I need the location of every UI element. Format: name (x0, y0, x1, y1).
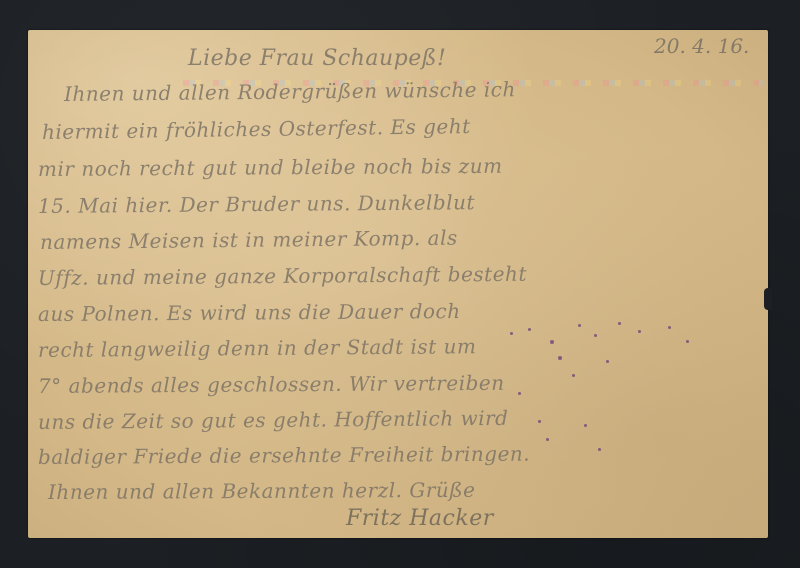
text-line-5: namens Meisen ist in meiner Komp. als (40, 226, 458, 254)
text-line-10: uns die Zeit so gut es geht. Hoffentlich… (38, 406, 509, 434)
text-line-8: recht langweilig denn in der Stadt ist u… (38, 334, 477, 362)
text-line-6: Uffz. und meine ganze Korporalschaft bes… (38, 262, 527, 290)
ink-stamp-residue (498, 320, 728, 460)
greeting: Liebe Frau Schaupeß! (188, 46, 446, 71)
text-line-11: baldiger Friede die ersehnte Freiheit br… (38, 442, 530, 469)
text-line-3: mir noch recht gut und bleibe noch bis z… (38, 154, 503, 181)
postcard-date: 20. 4. 16. (654, 34, 749, 58)
text-line-12: Ihnen und allen Bekannten herzl. Grüße (48, 478, 476, 504)
postcard: 20. 4. 16. Liebe Frau Schaupeß! Ihnen un… (28, 30, 768, 538)
torn-edge (764, 288, 772, 310)
text-line-1: Ihnen und allen Rodergrüßen wünsche ich (64, 77, 516, 106)
text-line-9: 7° abends alles geschlossen. Wir vertrei… (38, 371, 505, 398)
text-line-7: aus Polnen. Es wird uns die Dauer doch (38, 299, 461, 326)
signature: Fritz Hacker (346, 506, 494, 531)
text-line-2: hiermit ein fröhliches Osterfest. Es geh… (42, 114, 471, 144)
text-line-4: 15. Mai hier. Der Bruder uns. Dunkelblut (38, 190, 475, 218)
